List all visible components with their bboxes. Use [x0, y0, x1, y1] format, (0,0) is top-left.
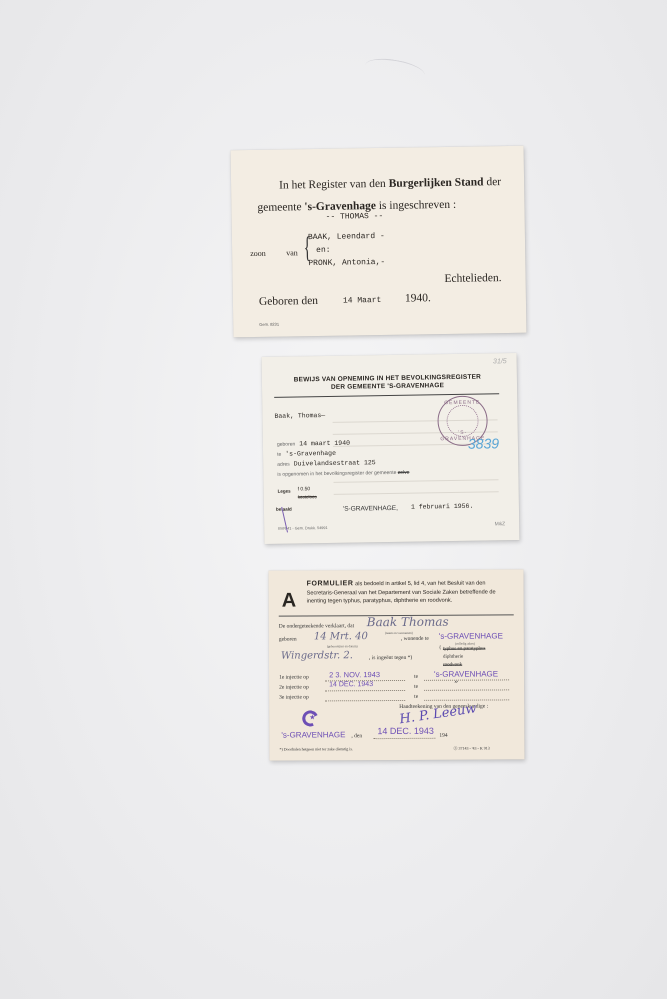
background-scratch [364, 55, 427, 85]
form-header: FORMULIER als bedoeld in artikel 5, lid … [307, 578, 512, 605]
place-row: te's-Gravenhage [277, 450, 336, 458]
register-name: Burgerlijken Stand [389, 176, 484, 189]
form-letter: A [282, 590, 297, 613]
date-label: , den [351, 733, 362, 739]
paid-label: betaald [276, 507, 292, 512]
injection-2-place: ” [454, 680, 458, 689]
declares-label: De ondergeteekende verklaart, dat [279, 623, 354, 629]
injection-1-label: 1e injectie op [279, 674, 309, 680]
issue-date: 14 DEC. 1943 [377, 726, 434, 736]
father-name: BAAK, Leendard - [308, 232, 385, 242]
disease-diphtheria: diphtherie [443, 655, 463, 660]
municipality-name: 's-Gravenhage [304, 200, 376, 213]
injection-3-place-label: te [414, 694, 418, 700]
year-label: 194 [439, 733, 447, 739]
form-title: FORMULIER [307, 580, 354, 587]
person-name: Baak, Thomas— [274, 412, 325, 420]
and-label: en: [316, 246, 331, 255]
residing-hint: (volledig adres) [455, 642, 475, 646]
population-register-card: 31/5 BEWIJS VAN OPNEMING IN HET BEVOLKIN… [262, 353, 520, 544]
intro-line-1: In het Register van den Burgerlijken Sta… [279, 176, 501, 191]
dotted-line [373, 738, 435, 739]
dotted-line [424, 699, 509, 700]
vaccinated-label: , is ingeënt tegen *) [369, 655, 412, 661]
footnote: *) Doorhalen hetgeen niet ter zake diens… [279, 746, 353, 751]
residing-value: 's-GRAVENHAGE [439, 631, 503, 640]
mother-name: PRONK, Antonia,- [308, 258, 385, 268]
injection-2-place-label: te [414, 684, 418, 690]
born-row: geboren14 maart 1940 [277, 440, 350, 448]
struck-word: zelve [398, 470, 410, 476]
intro-text: is ingeschreven : [379, 199, 456, 212]
born-label: geboren [277, 441, 295, 447]
intro-text: gemeente [257, 201, 301, 214]
form-code: BVR 41 - Gem. Drukk. 54991 [278, 526, 327, 531]
spouses-label: Echtelieden. [444, 272, 501, 285]
of-label: van [286, 248, 298, 257]
birth-register-card: In het Register van den Burgerlijken Sta… [231, 146, 527, 338]
ruled-line [334, 491, 499, 495]
injection-1-place-label: te [414, 674, 418, 680]
address-value: Duivelandsestraat 125 [294, 459, 376, 467]
address-row: adresDuivelandsestraat 125 [277, 459, 376, 468]
bracket-symbol: { [439, 646, 441, 651]
injection-2-label: 2e injectie op [279, 684, 309, 690]
issue-place: 'S-GRAVENHAGE, [343, 505, 398, 513]
dotted-line [424, 689, 509, 690]
disease-scarlet-fever: roodvonk [443, 663, 462, 668]
born-date: 14 Maart [343, 296, 382, 306]
intro-text: der [486, 176, 501, 188]
address-label: adres [277, 462, 290, 468]
fee-value: f 0.50 [298, 486, 311, 492]
form-code: Ⓢ 37143 - '43 - K 913 [453, 746, 489, 752]
place-label: te [277, 452, 281, 458]
declares-value: Baak Thomas [367, 615, 449, 629]
card-title: BEWIJS VAN OPNEMING IN HET BEVOLKINGSREG… [280, 373, 495, 393]
declares-hint: (naam en voornamen) [385, 631, 413, 635]
pencil-annotation: 31/5 [493, 358, 507, 365]
injection-1-place: 's-GRAVENHAGE [434, 669, 498, 678]
born-value: 14 Mrt. 40 [314, 631, 368, 642]
clerk-initials: M&Z [495, 521, 506, 527]
son-label: zoon [250, 249, 266, 258]
dotted-line [325, 700, 405, 701]
born-hint: (geboortejaar en datum) [327, 644, 358, 648]
residing-label: , wonende te [401, 636, 429, 642]
star-icon: ★ [309, 713, 315, 721]
form-code: Gem. 8231 [259, 322, 279, 327]
born-year: 1940. [405, 292, 431, 304]
intro-text: In het Register van den [279, 178, 386, 192]
child-name: -- THOMAS -- [326, 212, 384, 222]
registered-statement: is opgenomen in het bevolkingsregister d… [277, 470, 409, 478]
handwritten-number: 3839 [468, 435, 499, 451]
born-value: 14 maart 1940 [299, 440, 350, 448]
issue-place: 's-GRAVENHAGE [281, 730, 345, 739]
address-value: Wingerdstr. 2. [281, 650, 353, 661]
injection-2-date: 14 DEC. 1943 [329, 681, 373, 688]
injection-1-date: 2 3. NOV. 1943 [329, 670, 380, 679]
place-value: 's-Gravenhage [285, 450, 336, 458]
vaccination-form-card: A FORMULIER als bedoeld in artikel 5, li… [269, 569, 525, 760]
issue-date: 1 februari 1956. [411, 503, 474, 511]
dotted-line [325, 690, 405, 691]
registered-text: is opgenomen in het bevolkingsregister d… [277, 470, 396, 478]
injection-3-label: 3e injectie op [279, 694, 309, 700]
fee-label: Leges [278, 489, 291, 494]
born-label: Geboren den [259, 295, 318, 308]
fee-struck: kosteloos [298, 494, 317, 499]
ruled-line [334, 479, 499, 483]
dotted-line [424, 679, 509, 680]
born-label: geboren [279, 637, 297, 643]
disease-typhus: typhus en paratyphus [443, 647, 486, 652]
